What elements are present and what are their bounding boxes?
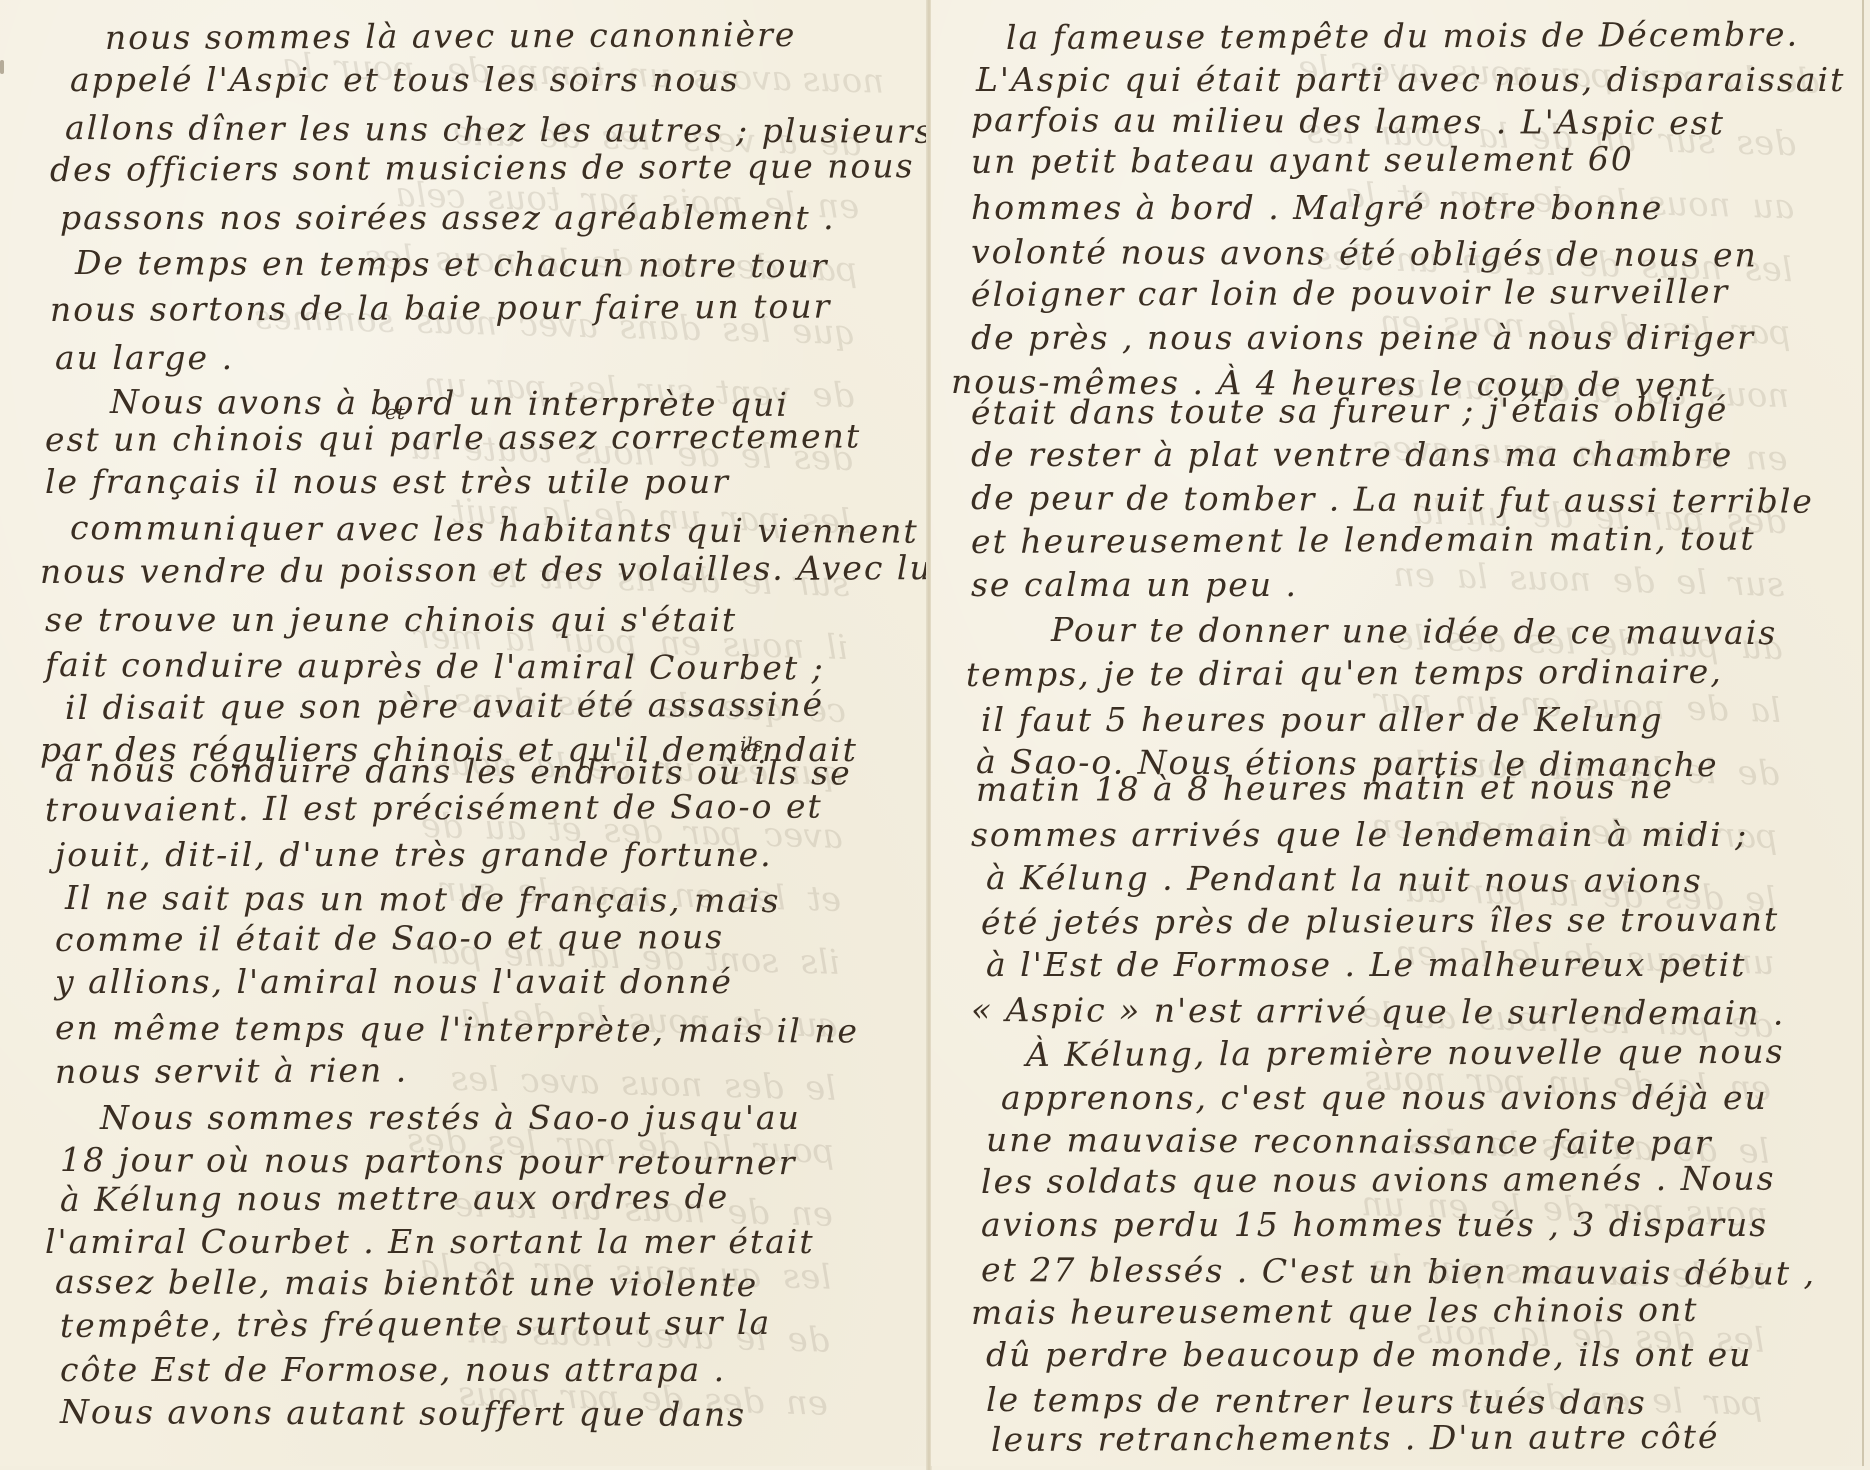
handwritten-line: communiquer avec les habitants qui vienn…	[70, 508, 919, 551]
handwritten-line: de peur de tomber . La nuit fut aussi te…	[971, 478, 1814, 521]
handwritten-line: apprenons, c'est que nous avions déjà eu	[1001, 1078, 1768, 1117]
left-page: nous avons un temps de pour la de a vers…	[0, 0, 928, 1466]
handwritten-line: allons dîner les uns chez les autres ; p…	[65, 108, 934, 151]
handwritten-line: nous vendre du poisson et des volailles.…	[40, 548, 945, 591]
handwritten-line: leurs retranchements . D'un autre côté	[991, 1417, 1720, 1459]
handwritten-line: À Kélung, la première nouvelle que nous	[1026, 1032, 1785, 1074]
handwritten-line: nous servit à rien .	[55, 1050, 408, 1091]
handwritten-line: De temps en temps et chacun notre tour	[75, 243, 829, 285]
handwritten-line: de rester à plat ventre dans ma chambre	[971, 435, 1733, 474]
interlinear-insertion: et	[385, 400, 405, 424]
handwritten-line: la fameuse tempête du mois de Décembre.	[1006, 15, 1799, 57]
handwritten-line: Nous sommes restés à Sao-o jusqu'au	[100, 1098, 801, 1137]
handwritten-line: il faut 5 heures pour aller de Kelung	[981, 700, 1663, 739]
handwritten-line: passons nos soirées assez agréablement .	[60, 198, 836, 237]
handwritten-line: au large .	[55, 338, 234, 377]
handwritten-line: hommes à bord . Malgré notre bonne	[971, 188, 1663, 227]
handwritten-line: l'amiral Courbet . En sortant la mer éta…	[45, 1222, 815, 1261]
handwritten-line: à Kélung . Pendant la nuit nous avions	[986, 858, 1703, 900]
handwritten-line: et heureusement le lendemain matin, tout	[971, 519, 1756, 561]
left-page-text: nous sommes là avec une canonnièreappelé…	[0, 0, 927, 1466]
handwritten-line: un petit bateau ayant seulement 60	[971, 139, 1634, 181]
handwritten-line: fait conduire auprès de l'amiral Courbet…	[45, 645, 825, 687]
handwritten-line: mais heureusement que les chinois ont	[971, 1290, 1699, 1332]
handwritten-line: les soldats que nous avions amenés . Nou…	[981, 1159, 1776, 1201]
handwritten-line: appelé l'Aspic et tous les soirs nous	[70, 60, 740, 99]
right-page: de la mer par nous avec le des sur un de…	[930, 0, 1864, 1466]
handwritten-line: tempête, très fréquente surtout sur la	[60, 1303, 771, 1345]
handwritten-line: Pour te donner une idée de ce mauvais	[1051, 610, 1777, 652]
handwritten-line: le français il nous est très utile pour	[45, 462, 730, 501]
handwritten-line: avions perdu 15 hommes tués , 3 disparus	[981, 1205, 1768, 1244]
handwritten-line: des officiers sont musiciens de sorte qu…	[50, 146, 915, 189]
handwritten-line: à l'Est de Formose . Le malheureux petit	[986, 945, 1746, 984]
handwritten-line: et 27 blessés . C'est un bien mauvais dé…	[981, 1250, 1816, 1293]
handwritten-line: nous sommes là avec une canonnière	[105, 15, 797, 57]
handwritten-line: de près , nous avions peine à nous dirig…	[971, 318, 1755, 357]
handwritten-line: L'Aspic qui était parti avec nous, dispa…	[976, 60, 1845, 99]
handwritten-line: temps, je te dirai qu'en temps ordinaire…	[966, 652, 1723, 694]
handwritten-line: été jetés près de plusieurs îles se trou…	[981, 900, 1779, 942]
handwritten-line: dû perdre beaucoup de monde, ils ont eu	[986, 1335, 1752, 1374]
handwritten-line: éloigner car loin de pouvoir le surveill…	[971, 272, 1729, 314]
handwritten-line: était dans toute sa fureur ; j'étais obl…	[971, 390, 1729, 432]
handwritten-line: en même temps que l'interprète, mais il …	[55, 1008, 859, 1051]
letter-spread: nous avons un temps de pour la de a vers…	[0, 0, 1870, 1470]
interlinear-insertion: ils	[740, 732, 763, 756]
handwritten-line: à Kélung nous mettre aux ordres de	[60, 1177, 729, 1219]
handwritten-line: volonté nous avons été obligés de nous e…	[971, 232, 1758, 274]
handwritten-line: « Aspic » n'est arrivé que le surlendema…	[971, 990, 1786, 1033]
handwritten-line: il disait que son père avait été assassi…	[65, 685, 824, 727]
handwritten-line: Nous avons autant souffert que dans	[60, 1392, 746, 1434]
handwritten-line: comme il était de Sao-o et que nous	[55, 917, 724, 959]
handwritten-line: sommes arrivés que le lendemain à midi ;	[971, 815, 1748, 854]
handwritten-line: assez belle, mais bientôt une violente	[55, 1262, 758, 1304]
handwritten-line: côte Est de Formose, nous attrapa .	[60, 1350, 726, 1389]
handwritten-line: Il ne sait pas un mot de français, mais	[65, 878, 781, 920]
handwritten-line: jouit, dit-il, d'une très grande fortune…	[55, 835, 773, 874]
handwritten-line: une mauvaise reconnaissance faite par	[986, 1120, 1713, 1162]
handwritten-line: trouvaient. Il est précisément de Sao-o …	[45, 787, 823, 829]
handwritten-line: parfois au milieu des lames . L'Aspic es…	[971, 100, 1725, 142]
right-page-text: la fameuse tempête du mois de Décembre.L…	[931, 0, 1862, 1466]
handwritten-line: y allions, l'amiral nous l'avait donné	[55, 962, 733, 1001]
handwritten-line: se trouve un jeune chinois qui s'était	[45, 600, 737, 639]
handwritten-line: 18 jour où nous partons pour retourner	[60, 1140, 797, 1182]
handwritten-line: nous sortons de la baie pour faire un to…	[50, 287, 831, 329]
handwritten-line: matin 18 à 8 heures matin et nous ne	[976, 767, 1674, 809]
handwritten-line: se calma un peu .	[971, 565, 1298, 604]
handwritten-line: le temps de rentrer leurs tués dans	[986, 1380, 1647, 1422]
handwritten-line: est un chinois qui parle assez correctem…	[45, 416, 861, 459]
